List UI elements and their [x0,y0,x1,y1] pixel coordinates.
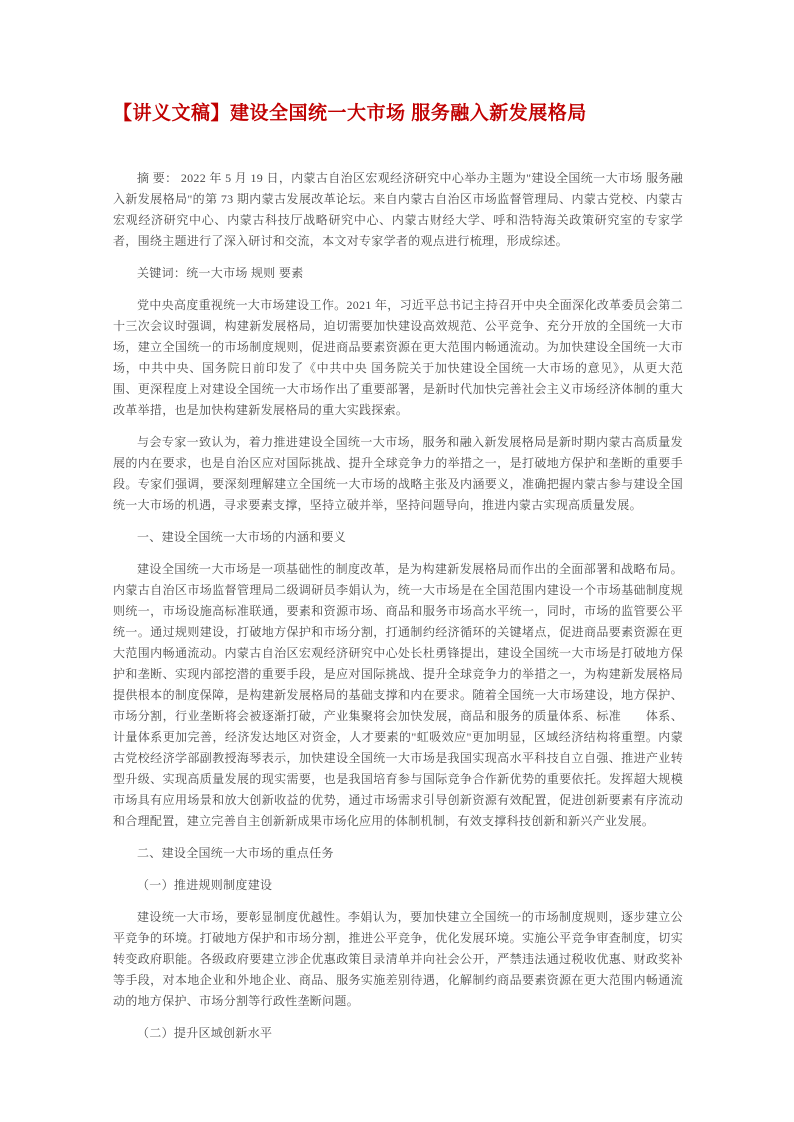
paragraph-central-committee: 党中央高度重视统一大市场建设工作。2021 年，习近平总书记主持召开中央全面深化… [113,295,683,421]
abstract-paragraph: 摘 要： 2022 年 5 月 19 日，内蒙古自治区宏观经济研究中心举办主题为… [113,168,683,252]
document-page: 【讲义文稿】建设全国统一大市场 服务融入新发展格局 摘 要： 2022 年 5 … [0,0,794,1122]
section-heading-1: 一、建设全国统一大市场的内涵和要义 [113,527,683,548]
section-heading-2: 二、建设全国统一大市场的重点任务 [113,843,683,864]
keywords-line: 关键词：统一大市场 规则 要素 [113,263,683,284]
subsection-heading-2-2: （二）提升区域创新水平 [113,1023,683,1044]
subsection-heading-2-1: （一）推进规则制度建设 [113,875,683,896]
document-title: 【讲义文稿】建设全国统一大市场 服务融入新发展格局 [113,100,683,128]
paragraph-experts-consensus: 与会专家一致认为，着力推进建设全国统一大市场，服务和融入新发展格局是新时期内蒙古… [113,432,683,516]
paragraph-section1-body: 建设全国统一大市场是一项基础性的制度改革，是为构建新发展格局而作出的全面部署和战… [113,559,683,832]
paragraph-rules-system: 建设统一大市场，要彰显制度优越性。李娟认为，要加快建立全国统一的市场制度规则，逐… [113,907,683,1012]
